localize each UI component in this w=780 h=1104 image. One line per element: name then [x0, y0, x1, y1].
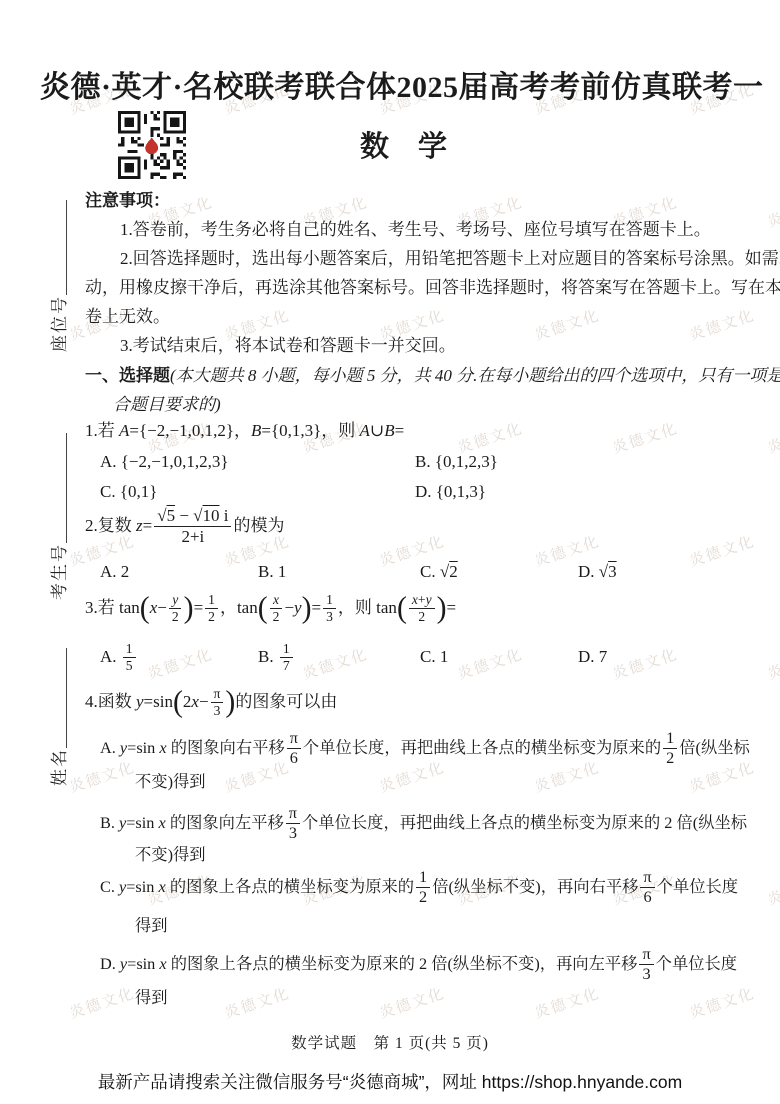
text-run: 个单位长度，再把曲线上各点的横坐标变为原来的 2 倍(纵坐标 — [302, 813, 747, 833]
watermark-text: 炎德文化 — [609, 417, 680, 458]
text-run: 2.复数 — [85, 515, 136, 536]
text-run: 2+i — [181, 527, 204, 546]
question-2-option-a: A. 2 — [100, 561, 129, 582]
watermark-text: 炎德文化 — [686, 982, 757, 1023]
watermark-text: 炎德文化 — [299, 643, 370, 684]
text-run: =sin — [127, 738, 159, 758]
text-run: (本大题共 8 小题，每小题 5 分，共 40 分.在每小题给出的四个选项中，只… — [170, 365, 780, 386]
watermark-text: 炎德文化 — [686, 304, 757, 345]
text-run: ={−2,−1,0,1,2}， — [129, 420, 251, 441]
text-run: =sin — [144, 691, 173, 712]
text-run: y — [119, 877, 126, 897]
question-1-option-d: D. {0,1,3} — [415, 481, 486, 502]
text-run: D. — [100, 954, 120, 974]
text-run: 的模为 — [233, 515, 284, 536]
question-2-option-d: D. √3 — [578, 561, 617, 582]
fraction: 17 — [280, 641, 293, 672]
seal-label-seat-number: 座位号 — [45, 295, 70, 352]
text-run: 5 — [167, 506, 176, 525]
text-run: ={0,1,3}，则 — [261, 420, 359, 441]
text-run: 得到 — [135, 988, 168, 1008]
watermark-text: 炎德文化 — [764, 191, 780, 232]
text-run: A. — [100, 646, 121, 667]
fraction: y2 — [169, 592, 182, 623]
text-run: B. — [100, 813, 119, 833]
big-paren: ) — [225, 687, 235, 718]
text-run: 得到 — [135, 916, 168, 936]
question-2-option-b: B. 1 — [258, 561, 286, 582]
fraction: 12 — [205, 592, 218, 623]
text-run: ，tan — [220, 597, 258, 618]
seal-label-examinee-number: 考生号 — [45, 543, 70, 600]
text-run: = — [447, 597, 457, 618]
question-4-option-a-line-2: 不变)得到 — [135, 772, 206, 792]
notice-line-2: 2.回答选择题时，选出每小题答案后，用铅笔把答题卡上对应题目的答案标号涂黑。如需… — [120, 248, 780, 269]
fraction: 12 — [416, 868, 430, 906]
big-paren: ( — [173, 687, 183, 718]
text-run: 1.若 — [85, 420, 119, 441]
text-run: √ — [599, 561, 608, 582]
text-run: 的图象上各点的横坐标变为原来的 — [166, 877, 414, 897]
text-run: B. — [258, 646, 278, 667]
fraction: π6 — [287, 729, 301, 767]
exam-paper-page: 炎德文化炎德文化炎德文化炎德文化炎德文化炎德文化炎德文化炎德文化炎德文化炎德文化… — [0, 0, 780, 1104]
seal-blank-line — [64, 200, 67, 295]
text-run: 2 — [449, 561, 458, 582]
text-run: x — [191, 691, 199, 712]
seal-field-seat-number: 座位号 — [45, 200, 70, 352]
question-4-option-b-line-2: 不变)得到 — [135, 845, 206, 865]
fraction: π3 — [639, 945, 653, 983]
text-run: 倍(纵坐标 — [679, 738, 750, 758]
big-paren: ) — [184, 593, 194, 624]
text-run: − — [175, 506, 193, 525]
text-run: A — [119, 420, 129, 441]
question-1-option-b: B. {0,1,2,3} — [415, 451, 498, 472]
question-3-option-d: D. 7 — [578, 640, 607, 674]
text-run: = — [312, 597, 322, 618]
text-run: x — [159, 954, 166, 974]
text-run: 一、选择题 — [85, 365, 170, 386]
text-run: 倍(纵坐标不变)，再向右平移 — [432, 877, 638, 897]
question-4-stem: 4.函数 y=sin(2x−π3)的图象可以由 — [85, 683, 337, 721]
watermark-text: 炎德文化 — [764, 869, 780, 910]
text-run: y — [120, 954, 127, 974]
text-run: C. 1 — [420, 646, 448, 667]
text-run: C. — [100, 877, 119, 897]
text-run: =sin — [126, 877, 158, 897]
text-run: B. 1 — [258, 561, 286, 582]
watermark-text: 炎德文化 — [686, 530, 757, 571]
question-4-option-d-line-2: 得到 — [135, 988, 168, 1008]
text-run: =sin — [126, 813, 158, 833]
notice-line-3: 动，用橡皮擦干净后，再选涂其他答案标号。回答非选择题时，将答案写在答题卡上。写在… — [85, 277, 780, 298]
text-run: ∪ — [370, 420, 384, 441]
text-run: x — [159, 813, 166, 833]
text-run: 不变)得到 — [135, 772, 206, 792]
text-run: B. {0,1,2,3} — [415, 451, 498, 472]
text-run: y — [119, 813, 126, 833]
text-run: 个单位长度 — [657, 877, 738, 897]
text-run: B — [251, 420, 261, 441]
watermark-text: 炎德文化 — [531, 982, 602, 1023]
question-1-option-a: A. {−2,−1,0,1,2,3} — [100, 451, 229, 472]
watermark-text: 炎德文化 — [764, 417, 780, 458]
question-3-stem: 3.若 tan(x−y2)=12，tan(x2−y)=13，则 tan(x+y2… — [85, 588, 456, 628]
watermark-text: 炎德文化 — [376, 982, 447, 1023]
text-run: A. — [100, 738, 120, 758]
watermark-text: 炎德文化 — [531, 304, 602, 345]
text-run: y — [120, 738, 127, 758]
text-run: C. — [420, 561, 440, 582]
text-run: 的图象向右平移 — [167, 738, 285, 758]
text-run: z — [136, 515, 143, 536]
promo-line: 最新产品请搜索关注微信服务号“炎德商城”，网址 https://shop.hny… — [0, 1069, 780, 1094]
fraction: 15 — [123, 641, 136, 672]
seal-blank-line — [64, 648, 67, 748]
big-paren: ( — [258, 593, 268, 624]
big-paren: ) — [437, 593, 447, 624]
question-4-option-c-line-2: 得到 — [135, 916, 168, 936]
question-3-option-a: A. 15 — [100, 640, 138, 674]
text-run: 不变)得到 — [135, 845, 206, 865]
notice-line-5: 3.考试结束后，将本试卷和答题卡一并交回。 — [120, 335, 456, 356]
notice-line-4: 卷上无效。 — [85, 306, 170, 327]
text-run: √ — [193, 506, 202, 525]
section-choice-header-line-2: 合题目要求的) — [113, 394, 221, 415]
big-paren: ( — [397, 593, 407, 624]
fraction: √5 − √10 i2+i — [154, 506, 231, 545]
text-run: i — [220, 506, 229, 525]
text-run: = — [395, 420, 405, 441]
notice-heading: 注意事项： — [85, 190, 170, 211]
text-run: 个单位长度 — [656, 954, 737, 974]
section-choice-header-line-1: 一、选择题(本大题共 8 小题，每小题 5 分，共 40 分.在每小题给出的四个… — [85, 365, 780, 386]
text-run: y — [136, 691, 144, 712]
text-run: 10 — [203, 506, 220, 525]
watermark-text: 炎德文化 — [66, 982, 137, 1023]
big-paren: ) — [302, 593, 312, 624]
watermark-text: 炎德文化 — [221, 982, 292, 1023]
text-run: =sin — [127, 954, 159, 974]
qr-code-graphic — [118, 111, 186, 179]
text-run: A — [360, 420, 370, 441]
text-run: C. {0,1} — [100, 481, 157, 502]
text-run: 个单位长度，再把曲线上各点的横坐标变为原来的 — [303, 738, 661, 758]
text-run: − — [199, 691, 209, 712]
subject-title: 数 学 — [360, 124, 447, 165]
text-run: 的图象向左平移 — [166, 813, 284, 833]
watermark-text: 炎德文化 — [144, 643, 215, 684]
qr-code — [118, 111, 186, 179]
fraction: 13 — [323, 592, 336, 623]
exam-title: 炎德·英才·名校联考联合体2025届高考考前仿真联考一 — [40, 62, 752, 106]
text-run: ，则 tan — [338, 597, 397, 618]
text-run: D. — [578, 561, 599, 582]
watermark-text: 炎德文化 — [454, 643, 525, 684]
fraction: x2 — [270, 592, 283, 623]
seal-label-name: 姓名 — [45, 748, 70, 786]
text-run: x — [150, 597, 158, 618]
text-run: 的图象可以由 — [235, 691, 337, 712]
question-4-option-a-line-1: A. y=sin x 的图象向右平移π6个单位长度，再把曲线上各点的横坐标变为原… — [100, 729, 750, 767]
text-run: 的图象上各点的横坐标变为原来的 2 倍(纵坐标不变)，再向左平移 — [167, 954, 638, 974]
text-run: 4.函数 — [85, 691, 136, 712]
notice-line-1: 1.答卷前，考生务必将自己的姓名、考生号、考场号、座位号填写在答题卡上。 — [120, 219, 711, 240]
seal-field-name: 姓名 — [45, 648, 70, 786]
text-run: y — [294, 597, 302, 618]
question-4-option-d-line-1: D. y=sin x 的图象上各点的横坐标变为原来的 2 倍(纵坐标不变)，再向… — [100, 945, 737, 983]
fraction: π3 — [286, 804, 300, 842]
question-4-option-b-line-1: B. y=sin x 的图象向左平移π3个单位长度，再把曲线上各点的横坐标变为原… — [100, 804, 747, 842]
fraction: 12 — [663, 729, 677, 767]
page-footer: 数学试题 第 1 页(共 5 页) — [0, 1031, 780, 1053]
text-run: √ — [157, 506, 166, 525]
question-3-option-c: C. 1 — [420, 640, 448, 674]
watermark-text: 炎德文化 — [764, 643, 780, 684]
text-run: A. 2 — [100, 561, 129, 582]
watermark-layer: 炎德文化炎德文化炎德文化炎德文化炎德文化炎德文化炎德文化炎德文化炎德文化炎德文化… — [0, 0, 780, 1104]
big-paren: ( — [140, 593, 150, 624]
text-run: D. {0,1,3} — [415, 481, 486, 502]
text-run: x — [159, 738, 166, 758]
text-run: x — [159, 877, 166, 897]
seal-blank-line — [64, 433, 67, 543]
question-1-stem: 1.若 A={−2,−1,0,1,2}，B={0,1,3}，则 A∪B= — [85, 420, 404, 441]
watermark-text: 炎德文化 — [609, 643, 680, 684]
question-1-option-c: C. {0,1} — [100, 481, 157, 502]
fraction: x+y2 — [409, 592, 435, 623]
text-run: 3 — [608, 561, 617, 582]
question-4-option-c-line-1: C. y=sin x 的图象上各点的横坐标变为原来的12倍(纵坐标不变)，再向右… — [100, 868, 738, 906]
text-run: 合题目要求的) — [113, 394, 221, 415]
question-3-option-b: B. 17 — [258, 640, 295, 674]
fraction: π6 — [640, 868, 654, 906]
text-run: B — [384, 420, 394, 441]
question-2-option-c: C. √2 — [420, 561, 458, 582]
fraction: π3 — [211, 686, 224, 717]
text-run: 3.若 tan — [85, 597, 140, 618]
text-run: = — [194, 597, 204, 618]
text-run: − — [157, 597, 167, 618]
seal-field-examinee-number: 考生号 — [45, 433, 70, 600]
text-run: − — [284, 597, 294, 618]
text-run: D. 7 — [578, 646, 607, 667]
question-2-stem: 2.复数 z=√5 − √10 i2+i的模为 — [85, 503, 284, 549]
text-run: A. {−2,−1,0,1,2,3} — [100, 451, 229, 472]
text-run: √ — [440, 561, 449, 582]
text-run: = — [143, 515, 153, 536]
